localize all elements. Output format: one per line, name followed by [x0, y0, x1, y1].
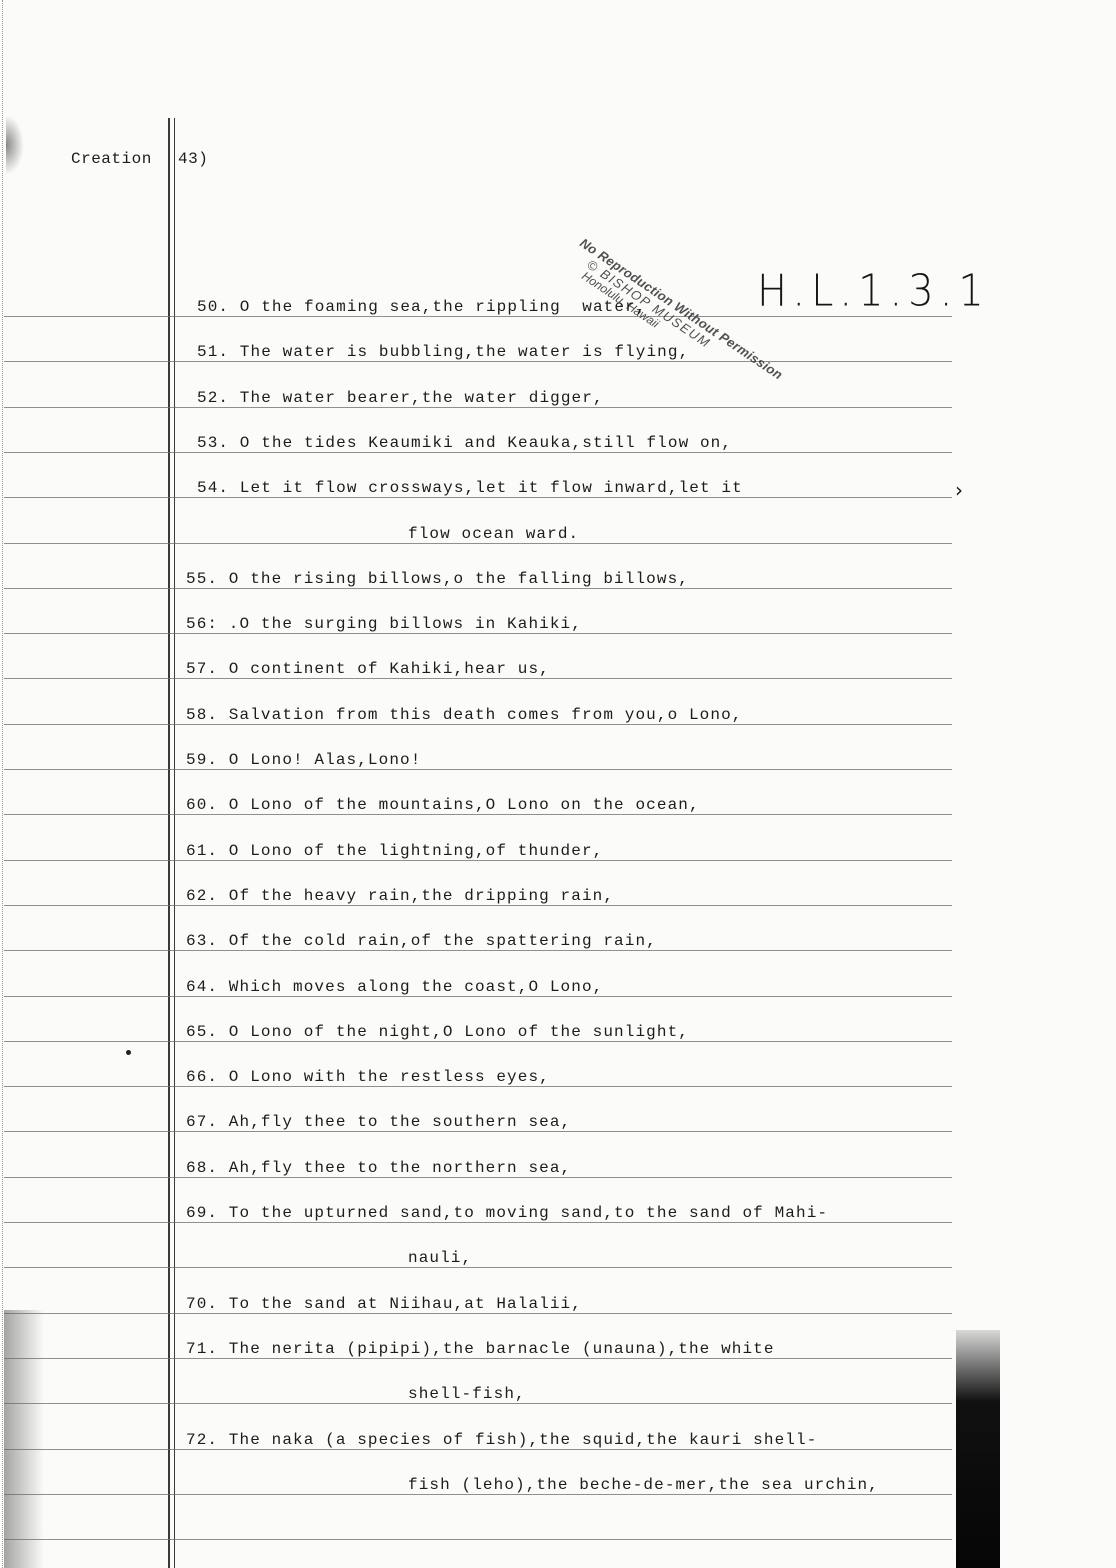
margin-rule [174, 118, 175, 1568]
verse-continuation: nauli, [408, 1249, 472, 1267]
ruled-line [4, 1086, 952, 1087]
verse-line: 69. To the upturned sand,to moving sand,… [186, 1204, 828, 1222]
ruled-line [4, 860, 952, 861]
ruled-line [4, 769, 952, 770]
verse-continuation: shell-fish, [408, 1385, 526, 1403]
stamp-line: Honolulu, Hawaii [563, 259, 770, 404]
verse-continuation: flow ocean ward. [408, 525, 579, 543]
verse-continuation: fish (leho),the beche-de-mer,the sea urc… [408, 1476, 879, 1494]
ruled-line [4, 996, 952, 997]
ruled-line [4, 905, 952, 906]
verse-line: 64. Which moves along the coast,O Lono, [186, 978, 603, 996]
ruled-line [4, 678, 952, 679]
verse-line: 65. O Lono of the night,O Lono of the su… [186, 1023, 689, 1041]
ruled-line [4, 1131, 952, 1132]
ruled-line [4, 1041, 952, 1042]
verse-line: 53. O the tides Keaumiki and Keauka,stil… [197, 434, 732, 452]
verse-line: 62. Of the heavy rain,the dripping rain, [186, 887, 614, 905]
ruled-line [4, 1222, 952, 1223]
ruled-line [4, 588, 952, 589]
ruled-line [4, 1177, 952, 1178]
verse-line: 72. The naka (a species of fish),the squ… [186, 1431, 817, 1449]
page-number: 43) [178, 150, 208, 168]
handwritten-margin-mark: › [955, 478, 963, 502]
ruled-line [4, 950, 952, 951]
scan-shadow [956, 1330, 1000, 1568]
verse-line: 66. O Lono with the restless eyes, [186, 1068, 550, 1086]
ruled-line [4, 1358, 952, 1359]
verse-line: 57. O continent of Kahiki,hear us, [186, 660, 550, 678]
ruled-line [4, 633, 952, 634]
handwritten-catalog-number: H.L.1.3.1 [757, 266, 990, 317]
ruled-line [4, 543, 952, 544]
verse-line: 71. The nerita (pipipi),the barnacle (un… [186, 1340, 775, 1358]
verse-line: 67. Ah,fly thee to the southern sea, [186, 1113, 571, 1131]
verse-line: 68. Ah,fly thee to the northern sea, [186, 1159, 571, 1177]
scan-shadow [4, 1310, 44, 1568]
ruled-line [4, 452, 952, 453]
verse-line: 59. O Lono! Alas,Lono! [186, 751, 421, 769]
verse-line: 70. To the sand at Niihau,at Halalii, [186, 1295, 582, 1313]
ruled-line [4, 361, 952, 362]
ruled-line [4, 1403, 952, 1404]
verse-line: 63. Of the cold rain,of the spattering r… [186, 932, 657, 950]
ruled-line [4, 1449, 952, 1450]
verse-line: 60. O Lono of the mountains,O Lono on th… [186, 796, 700, 814]
verse-line: 54. Let it flow crossways,let it flow in… [197, 479, 743, 497]
ink-speck [126, 1050, 131, 1055]
ruled-line [4, 724, 952, 725]
copyright-stamp: No Reproduction Without Permission © BIS… [563, 236, 785, 404]
ruled-line [4, 814, 952, 815]
scan-shadow [6, 115, 24, 175]
verse-line: 50. O the foaming sea,the rippling water… [197, 298, 646, 316]
stamp-line: © BISHOP MUSEUM [570, 247, 778, 393]
ruled-line [4, 1267, 952, 1268]
verse-line: 56: .O the surging billows in Kahiki, [186, 615, 582, 633]
verse-line: 51. The water is bubbling,the water is f… [197, 343, 689, 361]
typescript-page: Creation 43) No Reproduction Without Per… [0, 0, 1116, 1568]
verse-line: 58. Salvation from this death comes from… [186, 706, 742, 724]
verse-line: 52. The water bearer,the water digger, [197, 389, 604, 407]
ruled-line [4, 407, 952, 408]
margin-rule [168, 118, 170, 1568]
ruled-line [4, 497, 952, 498]
verse-line: 61. O Lono of the lightning,of thunder, [186, 842, 603, 860]
ruled-line [4, 1539, 952, 1540]
ruled-line [4, 1313, 952, 1314]
section-title: Creation [71, 150, 152, 168]
verse-line: 55. O the rising billows,o the falling b… [186, 570, 689, 588]
ruled-line [4, 1494, 952, 1495]
